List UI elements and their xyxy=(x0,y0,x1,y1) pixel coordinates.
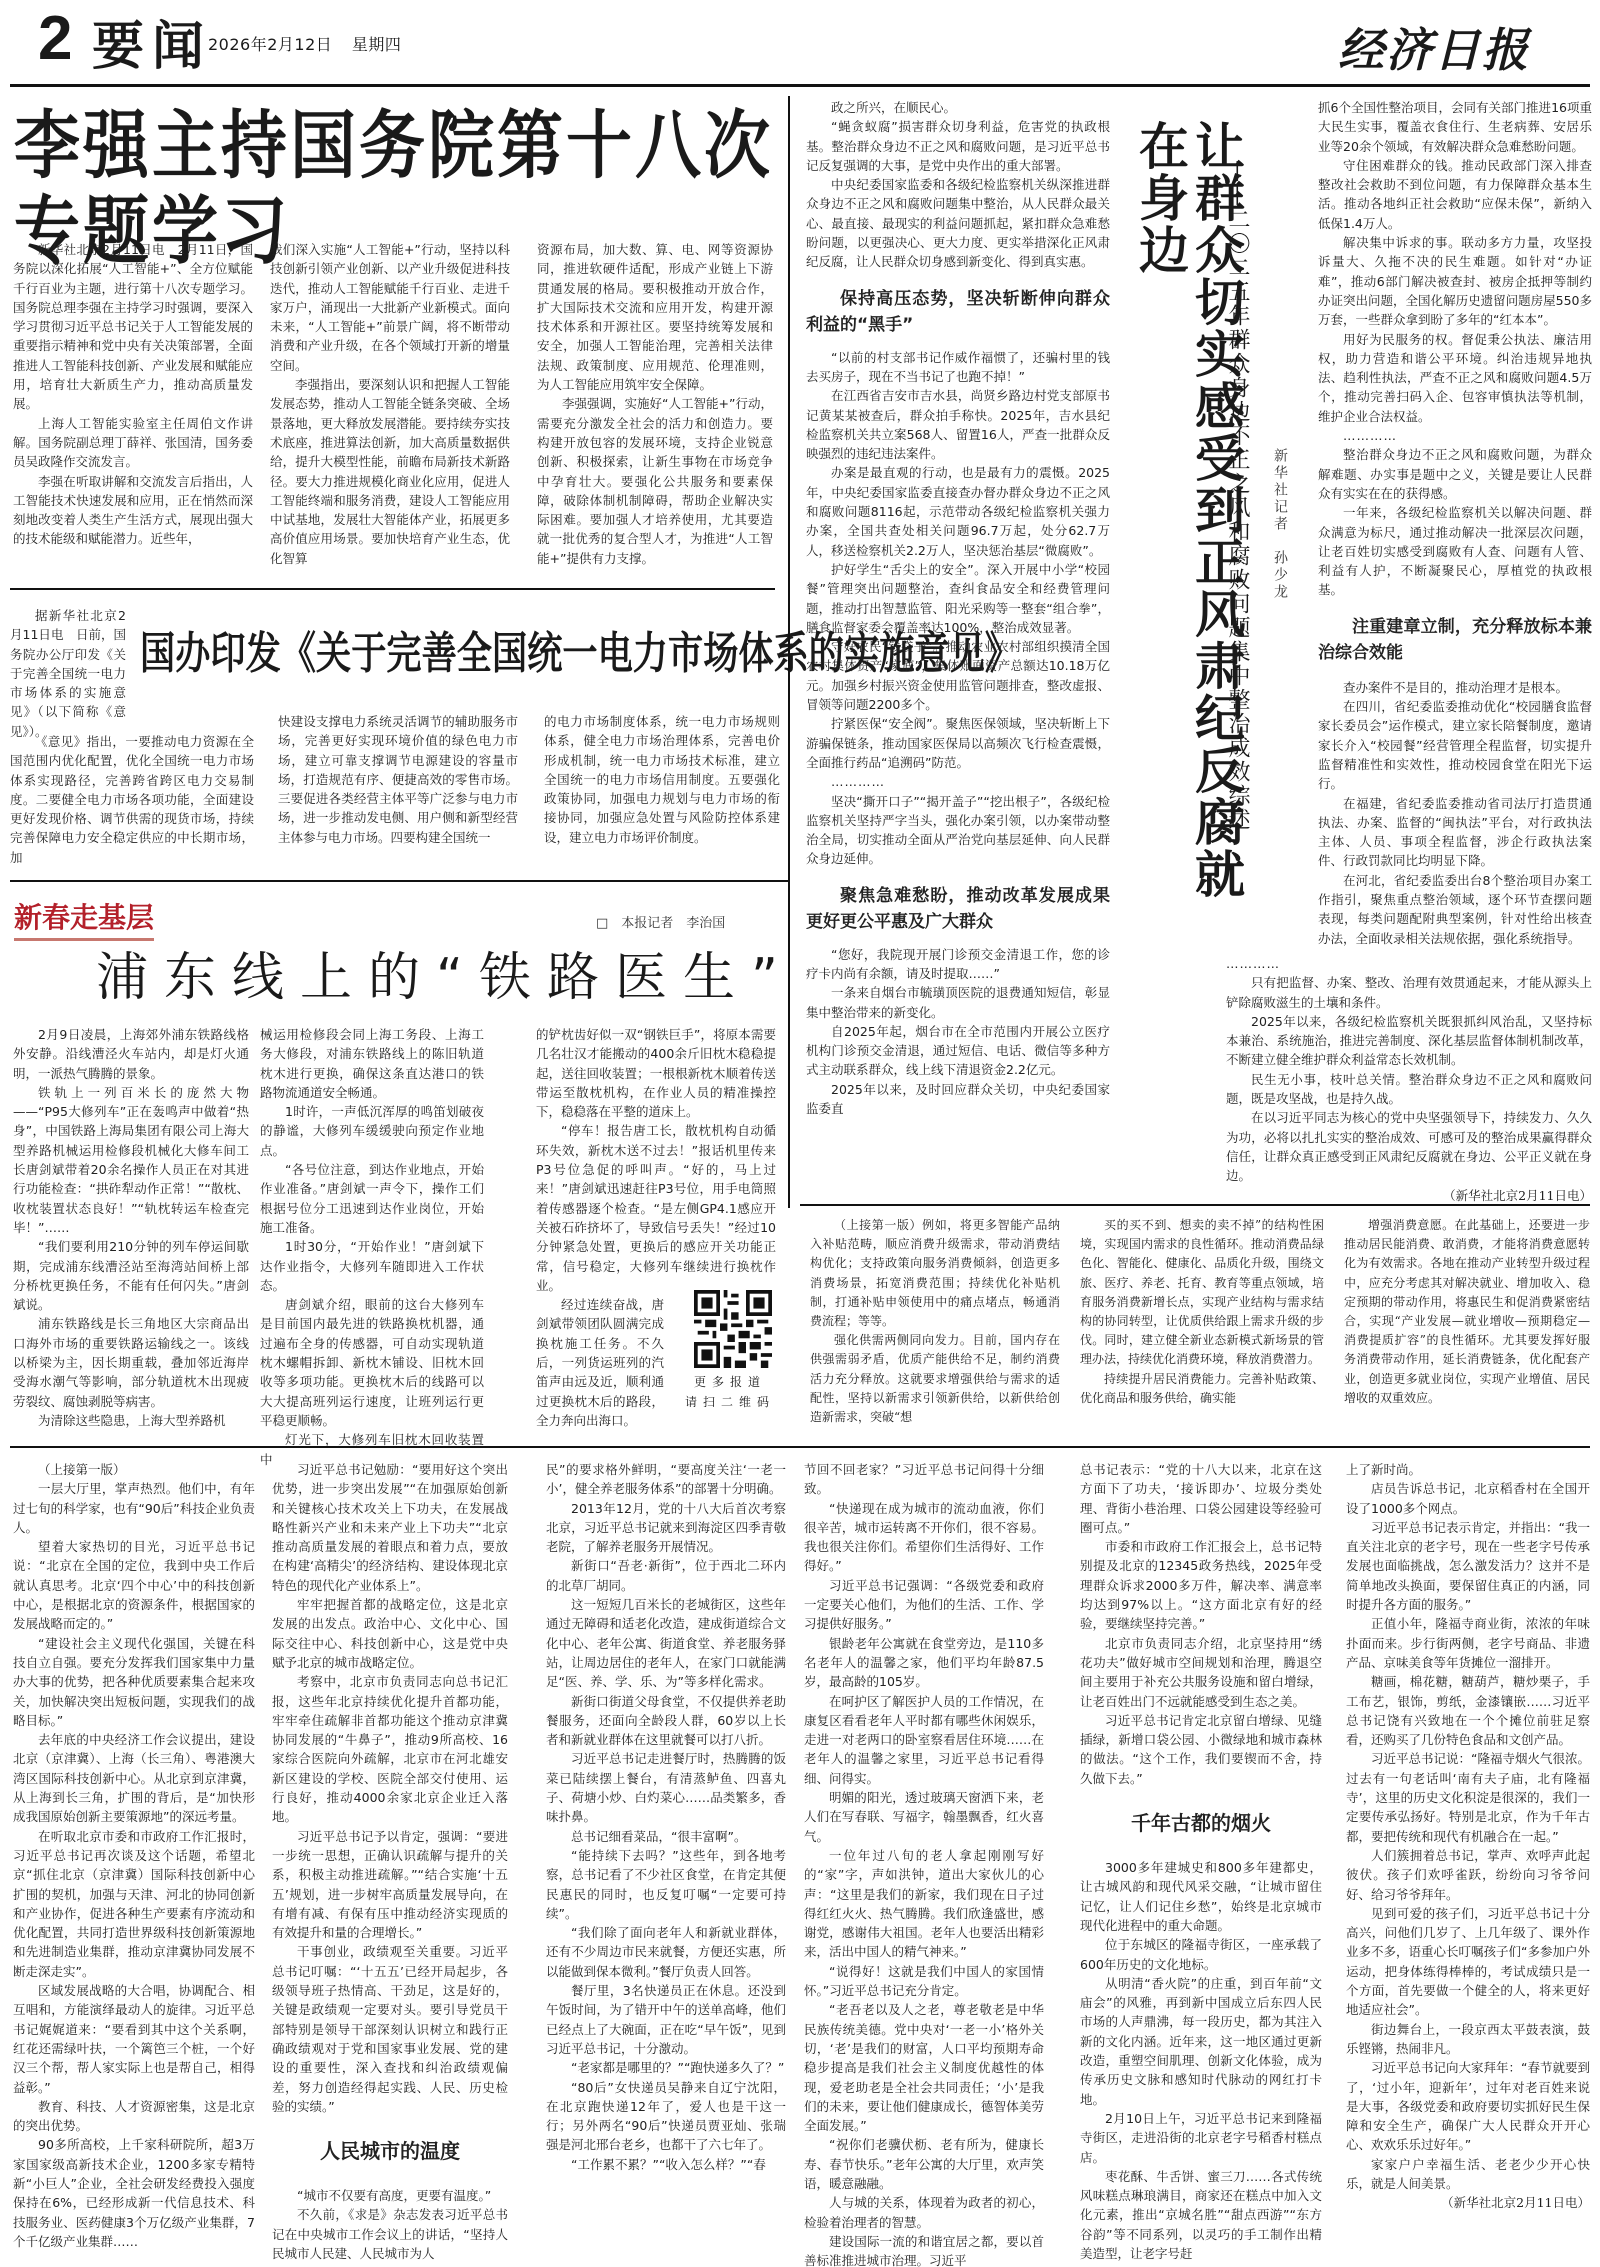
qr-caption-line: 更多报道 xyxy=(680,1372,780,1392)
paragraph: “祝你们老骥伏枥、老有所为，健康长寿、春节快乐。”老年公寓的大厅里，欢声笑语，暖… xyxy=(804,2135,1044,2193)
bj-col1: （上接第一版） 一层大厅里，掌声热烈。他们中，有年过七旬的科学家，也有“90后”… xyxy=(13,1460,255,2251)
divider xyxy=(10,588,775,590)
bj-credit: （新华社北京2月11日电） xyxy=(1346,2193,1590,2212)
paragraph: 上海人工智能实验室主任周伯文作讲解。国务院副总理丁薛祥、张国清，国务委员吴政隆作… xyxy=(13,414,253,472)
rail-col2: 械运用检修段会同上海工务段、上海工务大修段，对浦东铁路线上的陈旧轨道枕木进行更换… xyxy=(260,1025,484,1469)
paragraph: “蝇贪蚁腐”损害群众切身利益，危害党的执政根基。整治群众身边不正之风和腐败问题，… xyxy=(806,117,1110,175)
paragraph: 一位年过八旬的老人拿起刚刚写好的“家”字，声如洪钟，道出大家伙儿的心声：“这里是… xyxy=(804,1846,1044,1962)
paragraph: 自2025年起，烟台市在全市范围内开展公立医疗机构门诊预交金清退，通过短信、电话… xyxy=(806,1022,1110,1080)
consumption-col2: 买的买不到、想卖的卖不掉”的结构性困境，实现国内需求的良性循环。推动消费品绿色化… xyxy=(1080,1216,1324,1408)
paragraph: 增强消费意愿。在此基础上，还要进一步推动居民能消费、敢消费，才能将消费意愿转化为… xyxy=(1344,1216,1590,1408)
paragraph: 一条来自烟台市毓璜顶医院的退费通知短信，彰显集中整治带来的新变化。 xyxy=(806,983,1110,1022)
bj-col5: 总书记表示：“党的十八大以来，北京在这方面下了功夫，‘接诉即办’、垃圾分类处理、… xyxy=(1080,1460,1322,2263)
paragraph: “能持续下去吗？”这些年，到各地考察，总书记看了不少社区食堂，在肯定其便民惠民的… xyxy=(546,1846,786,1923)
headline-railway-doctor: 浦东线上的“铁路医生” xyxy=(96,948,794,1008)
paragraph: 去年底的中央经济工作会议提出，建设北京（京津冀）、上海（长三角）、粤港澳大湾区国… xyxy=(13,1730,255,1826)
paragraph: 教育、科技、人才资源密集，这是北京的突出优势。 xyxy=(13,2097,255,2136)
paragraph: 新华社北京2月11日电 2月11日，国务院以深化拓展“人工智能+”、全方位赋能千… xyxy=(13,240,253,414)
paragraph: 建设国际一流的和谐宜居之都，要以首善标准推进城市治理。习近平 xyxy=(804,2232,1044,2267)
ac-right-col: 抓6个全国性整治项目，会同有关部门推进16项重大民生实事，覆盖衣食住行、生老病葬… xyxy=(1318,98,1592,948)
paragraph: 守住困难群众的钱。推动民政部门深入排查整改社会救助不到位问题，有力保障群众基本生… xyxy=(1318,156,1592,233)
bj-col4: 节回不回老家？”习近平总书记问得十分细致。 “快递现在成为城市的流动血液，你们很… xyxy=(804,1460,1044,2267)
paragraph: 习近平总书记说：“隆福寺烟火气很浓。过去有一句老话叫‘南有夫子庙，北有隆福寺’，… xyxy=(1346,1749,1590,1845)
paragraph: 的铲枕齿好似一双“钢铁巨手”，将原本需要几名壮汉才能搬动的400余斤旧枕木稳稳提… xyxy=(536,1025,776,1121)
paragraph: 民生无小事，枝叶总关情。整治群众身边不正之风和腐败问题，既是攻坚战，也是持久战。 xyxy=(1226,1070,1592,1109)
paragraph: 买的买不到、想卖的卖不掉”的结构性困境，实现国内需求的良性循环。推动消费品绿色化… xyxy=(1080,1216,1324,1370)
paragraph: 从明清“香火院”的庄重，到百年前“文庙会”的风雅，再到新中国成立后东四人民市场的… xyxy=(1080,1974,1322,2109)
paragraph: 唐剑斌介绍，眼前的这台大修列车是目前国内最先进的铁路换枕机器，通过遍布全身的传感… xyxy=(260,1295,484,1430)
paragraph: “您好，我院现开展门诊预交金清退工作，您的诊疗卡内尚有余额，请及时提取……” xyxy=(806,945,1110,984)
paragraph: 为清除这些隐患，上海大型养路机 xyxy=(13,1411,249,1430)
bj-col2: 习近平总书记勉励：“要用好这个突出优势，进一步突出发展”“在加强原始创新和关键核… xyxy=(272,1460,508,2263)
paragraph: 办案是最直观的行动，也是最有力的震慑。2025年，中央纪委国家监委直接查办督办群… xyxy=(806,463,1110,559)
paragraph: “建设社会主义现代化强国，关键在科技自立自强。要充分发挥我们国家集中力量办大事的… xyxy=(13,1634,255,1730)
paragraph: 见到可爱的孩子们，习近平总书记十分高兴，问他们几岁了、上几年级了、课外作业多不多… xyxy=(1346,1904,1590,2020)
power-col2: 快建设支撑电力系统灵活调节的辅助服务市场，完善更好实现环境价值的绿色电力市场，建… xyxy=(278,712,518,847)
paragraph: 枣花酥、牛舌饼、蜜三刀……各式传统风味糕点琳琅满目，商家还在糕点中加入文化元素，… xyxy=(1080,2167,1322,2263)
paragraph: 上了新时尚。 xyxy=(1346,1460,1590,1479)
paragraph: 在江西省吉安市吉水县，尚贤乡路边村党支部原书记黄某某被查后，群众拍手称快。202… xyxy=(806,386,1110,463)
paragraph: 一层大厅里，掌声热烈。他们中，有年过七旬的科学家，也有“90后”科技企业负责人。 xyxy=(13,1479,255,1537)
paragraph: 护好学生“舌尖上的安全”。深入开展中小学“校园餐”管理突出问题整治，查纠食品安全… xyxy=(806,560,1110,637)
paragraph: 守好农民“钱袋子”。推动农业农村部组织摸清全国农村集体资产“家底”，集体账面资产… xyxy=(806,637,1110,714)
paragraph: “80后”女快递员吴静来自辽宁沈阳，在北京跑快递12年了，爱人也是干这一行；另外… xyxy=(546,2078,786,2155)
ac-bottom-right: ………… 只有把监督、办案、整改、治理有效贯通起来，才能从源头上铲除腐败滋生的土… xyxy=(1226,954,1592,1205)
qr-caption: 更多报道 请扫二维码 xyxy=(680,1372,780,1412)
paragraph: 2013年12月，党的十八大后首次考察北京，习近平总书记就来到海淀区四季青敬老院… xyxy=(546,1499,786,1557)
paragraph: 考察中，北京市负责同志向总书记汇报，这些年北京持续优化提升首都功能，牢牢牵住疏解… xyxy=(272,1672,508,1826)
paragraph: 习近平总书记予以肯定，强调：“要进一步统一思想，正确认识疏解与提升的关系，积极主… xyxy=(272,1827,508,1943)
page-number: 2 xyxy=(38,8,72,70)
paragraph: 《意见》指出，一要推动电力资源在全国范围内优化配置，优化全国统一电力市场体系实现… xyxy=(10,732,254,867)
paragraph: 街边舞台上，一段京西太平鼓表演，鼓乐铿锵，热闹非凡。 xyxy=(1346,2020,1590,2059)
paragraph: 新街口街道父母食堂，不仅提供养老助餐服务，还面向全龄段人群，60岁以上长者和新就… xyxy=(546,1692,786,1750)
divider xyxy=(10,1446,1590,1448)
paragraph: 家家户户幸福生活、老老少少开心快乐，就是人间美景。 xyxy=(1346,2155,1590,2194)
paragraph: 据新华社北京2月11日电 日前，国务院办公厅印发《关于完善全国统一电力市场体系的… xyxy=(10,606,126,741)
divider xyxy=(10,880,790,882)
paragraph: 中央纪委国家监委和各级纪检监察机关纵深推进群众身边不正之风和腐败问题集中整治，从… xyxy=(806,175,1110,271)
paragraph: “说得好！这就是我们中国人的家国情怀。”习近平总书记充分肯定。 xyxy=(804,1962,1044,2001)
paragraph: 总书记表示：“党的十八大以来，北京在这方面下了功夫，‘接诉即办’、垃圾分类处理、… xyxy=(1080,1460,1322,1537)
paragraph: 习近平总书记勉励：“要用好这个突出优势，进一步突出发展”“在加强原始创新和关键核… xyxy=(272,1460,508,1595)
bj-col3: 民”的要求格外鲜明，“要高度关注‘一老一小’，健全养老服务体系”的部署十分明确。… xyxy=(546,1460,786,2174)
paragraph: （上接第一版）例如，将更多智能产品纳入补贴范畴，顺应消费升级需求，带动消费结构优… xyxy=(810,1216,1060,1331)
paragraph: “老吾老以及人之老，尊老敬老是中华民族传统美德。党中央对‘一老一小’格外关切，‘… xyxy=(804,2000,1044,2135)
column-label-new-spring: 新春走基层 xyxy=(14,900,154,941)
paragraph: 资源布局，加大数、算、电、网等资源协同，推进软硬件适配，形成产业链上下游贯通发展… xyxy=(537,240,773,394)
issue-date: 2026年2月12日 星期四 xyxy=(208,32,401,55)
ellipsis-separator: ………… xyxy=(1226,954,1592,973)
paragraph: 这一短短几百米长的老城街区，这些年通过无障碍和适老化改造，建成街道综合文化中心、… xyxy=(546,1595,786,1691)
ac-subhead-1: 保持高压态势，坚决斩断伸向群众利益的“黑手” xyxy=(806,286,1110,338)
rail-byline: □ 本报记者 李治国 xyxy=(596,912,725,931)
bj-col6: 上了新时尚。 店员告诉总书记，北京稻香村在全国开设了1000多个网点。 习近平总… xyxy=(1346,1460,1590,2213)
power-col1: 《意见》指出，一要推动电力资源在全国范围内优化配置，优化全国统一电力市场体系实现… xyxy=(10,732,254,867)
ellipsis-separator: ………… xyxy=(806,772,1110,791)
paragraph: 习近平总书记走进餐厅时，热腾腾的饭菜已陆续摆上餐台，有清蒸鲈鱼、四喜丸子、荷塘小… xyxy=(546,1749,786,1826)
paragraph: 正值小年，隆福寺商业街，浓浓的年味扑面而来。步行街两侧，老字号商品、非遗产品、京… xyxy=(1346,1614,1590,1672)
paragraph: 2025年以来，各级纪检监察机关既狠抓纠风治乱，又坚持标本兼治、系统施治，推进完… xyxy=(1226,1012,1592,1070)
paragraph: 明媚的阳光，透过玻璃天窗洒下来，老人们在写春联、写福字，翰墨飘香，红火喜气。 xyxy=(804,1788,1044,1846)
paragraph: 解决集中诉求的事。联动多方力量，攻坚投诉量大、久拖不决的民生难题。如针对“办证难… xyxy=(1318,233,1592,329)
paragraph: 在四川，省纪委监委推动优化“校园膳食监督家长委员会”运作模式，建立家长陪餐制度，… xyxy=(1318,697,1592,793)
consumption-col3: 增强消费意愿。在此基础上，还要进一步推动居民能消费、敢消费，才能将消费意愿转化为… xyxy=(1344,1216,1590,1408)
qr-caption-line: 请扫二维码 xyxy=(680,1392,780,1412)
paragraph: 店员告诉总书记，北京稻香村在全国开设了1000多个网点。 xyxy=(1346,1479,1590,1518)
paragraph: 浦东铁路线是长三角地区大宗商品出口海外市场的重要铁路运输线之一。该线以桥梁为主，… xyxy=(13,1314,249,1410)
section-title: 要闻 xyxy=(92,4,212,79)
paragraph: 械运用检修段会同上海工务段、上海工务大修段，对浦东铁路线上的陈旧轨道枕木进行更换… xyxy=(260,1025,484,1102)
paragraph: 抓6个全国性整治项目，会同有关部门推进16项重大民生实事，覆盖衣食住行、生老病葬… xyxy=(1318,98,1592,156)
paragraph: 市委和市政府工作汇报会上，总书记特别提及北京的12345政务热线，2025年受理… xyxy=(1080,1537,1322,1633)
paragraph: 我们深入实施“人工智能+”行动，坚持以科技创新引领产业创新、以产业升级促进科技迭… xyxy=(270,240,510,375)
lq-col3: 资源布局，加大数、算、电、网等资源协同，推进软硬件适配，形成产业链上下游贯通发展… xyxy=(537,240,773,568)
weekday-text: 星期四 xyxy=(352,35,402,54)
paragraph: 整治群众身边不正之风和腐败问题，为群众解难题、办实事是题中之义，关键是要让人民群… xyxy=(1318,445,1592,503)
paragraph: “停车！报告唐工长，散枕机构自动循环失效，新枕木送不过去！”报话机里传来P3号位… xyxy=(536,1121,776,1295)
paragraph: 人与城的关系，体现着为政者的初心，检验着治理者的智慧。 xyxy=(804,2193,1044,2232)
consumption-col1: （上接第一版）例如，将更多智能产品纳入补贴范畴，顺应消费升级需求，带动消费结构优… xyxy=(810,1216,1060,1427)
paragraph: 人们簇拥着总书记，掌声、欢呼声此起彼伏。孩子们欢呼雀跃，纷纷向习爷爷问好、给习爷… xyxy=(1346,1846,1590,1904)
paragraph: 拧紧医保“安全阀”。聚焦医保领域，坚决斩断上下游骗保链条，推动国家医保局以高频次… xyxy=(806,714,1110,772)
paragraph: 2025年以来，及时回应群众关切，中央纪委国家监委直 xyxy=(806,1080,1110,1119)
power-col3: 的电力市场制度体系，统一电力市场规则体系，健全电力市场治理体系，完善电价形成机制… xyxy=(544,712,780,847)
bj-subhead-capital: 千年古都的烟火 xyxy=(1080,1810,1322,1836)
column-divider xyxy=(788,96,790,1208)
paragraph: 牢牢把握首都的战略定位，这是北京发展的出发点。政治中心、文化中心、国际交往中心、… xyxy=(272,1595,508,1672)
paragraph: 90多所高校，上千家科研院所，超3万家国家级高新技术企业，1200多家专精特新“… xyxy=(13,2135,255,2251)
paragraph: 新街口“吾老·新街”，位于西北二环内的北草厂胡同。 xyxy=(546,1556,786,1595)
paragraph: 查办案件不是目的，推动治理才是根本。 xyxy=(1318,678,1592,697)
date-text: 2026年2月12日 xyxy=(208,35,332,54)
paragraph: （上接第一版） xyxy=(13,1460,255,1479)
paragraph: “我们要利用210分钟的列车停运间歇期，完成浦东线漕泾站至海湾站间桥上部分桥枕更… xyxy=(13,1237,249,1314)
paragraph: 用好为民服务的权。督促秉公执法、廉洁用权，助力营造和谐公平环境。纠治违规异地执法… xyxy=(1318,330,1592,426)
paragraph: 强化供需两侧同向发力。目前，国内存在供强需弱矛盾，优质产能供给不足，制约消费活力… xyxy=(810,1331,1060,1427)
divider xyxy=(800,1204,1590,1206)
paragraph: 政之所兴，在顺民心。 xyxy=(806,98,1110,117)
paragraph: 不久前，《求是》杂志发表习近平总书记在中央城市工作会议上的讲话，“坚持人民城市人… xyxy=(272,2205,508,2263)
qr-code[interactable] xyxy=(694,1290,772,1368)
paragraph: 李强强调，实施好“人工智能+”行动，需要充分激发全社会的活力和创造力。要构建开放… xyxy=(537,394,773,568)
paragraph: 2月10日上午，习近平总书记来到隆福寺街区，走进沿街的北京老字号稻香村糕点店。 xyxy=(1080,2109,1322,2167)
paragraph: 干事创业，政绩观至关重要。习近平总书记叮嘱：“‘十五五’已经开局起步，各级领导班… xyxy=(272,1942,508,2116)
paragraph: 在呵护区了解医护人员的工作情况，在康复区看看老年人平时都有哪些休闲娱乐，走进一对… xyxy=(804,1692,1044,1788)
paragraph: 的电力市场制度体系，统一电力市场规则体系，健全电力市场治理体系，完善电价形成机制… xyxy=(544,712,780,847)
paragraph: 李强在听取讲解和交流发言后指出，人工智能技术快速发展和应用，正在悄然而深刻地改变… xyxy=(13,472,253,549)
paragraph: 习近平总书记强调：“各级党委和政府一定要关心他们，为他们的生活、工作、学习提供好… xyxy=(804,1576,1044,1634)
qr-code-icon xyxy=(694,1290,772,1368)
lq-col2: 我们深入实施“人工智能+”行动，坚持以科技创新引领产业创新、以产业升级促进科技迭… xyxy=(270,240,510,568)
masthead-rule xyxy=(10,84,1590,87)
paragraph: 民”的要求格外鲜明，“要高度关注‘一老一小’，健全养老服务体系”的部署十分明确。 xyxy=(546,1460,786,1499)
paragraph: 总书记细看菜品，“很丰富啊”。 xyxy=(546,1827,786,1846)
paragraph: 望着大家热切的目光，习近平总书记说：“北京在全国的定位，我到中央工作后就认真思考… xyxy=(13,1537,255,1633)
paragraph: 快建设支撑电力系统灵活调节的辅助服务市场，完善更好实现环境价值的绿色电力市场，建… xyxy=(278,712,518,847)
paragraph: “工作累不累？”“收入怎么样？”“春 xyxy=(546,2155,786,2174)
paragraph: 经过连续奋战，唐剑斌带领团队圆满完成换枕施工任务。不久后，一列货运班列的汽笛声由… xyxy=(536,1295,664,1430)
paragraph: 糖画，棉花糖，糖葫芦，糖炒栗子，手工布艺，银饰，剪纸，金漆镶嵌……习近平总书记饶… xyxy=(1346,1672,1590,1749)
paragraph: “以前的村支部书记作威作福惯了，还骗村里的钱去买房子，现在不当书记了也跑不掉！” xyxy=(806,348,1110,387)
paragraph: 节回不回老家？”习近平总书记问得十分细致。 xyxy=(804,1460,1044,1499)
paragraph: 1时许，一声低沉浑厚的鸣笛划破夜的静谧，大修列车缓缓驶向预定作业地点。 xyxy=(260,1102,484,1160)
ac-subhead-2: 聚焦急难愁盼，推动改革发展成果更好更公平惠及广大群众 xyxy=(806,883,1110,935)
paragraph: “各号位注意，到达作业地点，开始作业准备。”唐剑斌一声令下，操作工们根据号位分工… xyxy=(260,1160,484,1237)
paragraph: 在听取北京市委和市政府工作汇报时，习近平总书记再次谈及这个话题，希望北京“抓住北… xyxy=(13,1827,255,1981)
ac-credit: （新华社北京2月11日电） xyxy=(1226,1186,1592,1205)
paragraph: 1时30分，“开始作业！”唐剑斌下达作业指令，大修列车随即进入工作状态。 xyxy=(260,1237,484,1295)
ellipsis-separator: ………… xyxy=(1318,426,1592,445)
ac-subhead-3: 注重建章立制，充分释放标本兼治综合效能 xyxy=(1318,614,1592,666)
paragraph: 习近平总书记向大家拜年：“春节就要到了，‘过小年，迎新年’，过年对老百姓来说是大… xyxy=(1346,2058,1590,2154)
paragraph: 在河北，省纪委监委出台8个整治项目办案工作指引，聚焦重点整治领域，逐个环节查摆问… xyxy=(1318,871,1592,948)
newspaper-logo: 经济日报 xyxy=(1338,14,1530,80)
rail-col1: 2月9日凌晨，上海郊外浦东铁路线格外安静。沿线漕泾火车站内，却是灯火通明，一派热… xyxy=(13,1025,249,1430)
paragraph: “我们除了面向老年人和新就业群体，还有不少周边市民来就餐，方便还实惠，所以能做到… xyxy=(546,1923,786,1981)
paragraph: 在福建，省纪委监委推动省司法厅打造贯通执法、办案、监督的“闽执法”平台，对行政执… xyxy=(1318,794,1592,871)
paragraph: 习近平总书记表示肯定，并指出：“我一直关注北京的老字号，现在一些老字号传承发展也… xyxy=(1346,1518,1590,1614)
ac-byline: 新华社记者 孙少龙 xyxy=(1270,448,1290,601)
bj-subhead-city: 人民城市的温度 xyxy=(272,2138,508,2164)
paragraph: 持续提升居民消费能力。完善补贴政策、优化商品和服务供给，确实能 xyxy=(1080,1370,1324,1408)
paragraph: 银龄老年公寓就在食堂旁边，是110多名老年人的温馨之家，他们平均年龄87.5岁，… xyxy=(804,1634,1044,1692)
paragraph: 一年来，各级纪检监察机关以解决问题、群众满意为标尺，通过推动解决一批深层次问题，… xyxy=(1318,503,1592,599)
paragraph: “快递现在成为城市的流动血液，你们很辛苦，城市运转离不开你们，很不容易。我也很关… xyxy=(804,1499,1044,1576)
power-lead: 据新华社北京2月11日电 日前，国务院办公厅印发《关于完善全国统一电力市场体系的… xyxy=(10,606,126,741)
ac-left-col: 政之所兴，在顺民心。 “蝇贪蚁腐”损害群众切身利益，危害党的执政根基。整治群众身… xyxy=(806,98,1110,1118)
paragraph: 李强指出，要深刻认识和把握人工智能发展态势，推动人工智能全链条突破、全场景落地，… xyxy=(270,375,510,568)
paragraph: 只有把监督、办案、整改、治理有效贯通起来，才能从源头上铲除腐败滋生的土壤和条件。 xyxy=(1226,973,1592,1012)
lq-col1: 新华社北京2月11日电 2月11日，国务院以深化拓展“人工智能+”、全方位赋能千… xyxy=(13,240,253,549)
paragraph: 在以习近平同志为核心的党中央坚强领导下，持续发力、久久为功，必将以扎扎实实的整治… xyxy=(1226,1108,1592,1185)
paragraph: 2月9日凌晨，上海郊外浦东铁路线格外安静。沿线漕泾火车站内，却是灯火通明，一派热… xyxy=(13,1025,249,1083)
paragraph: “城市不仅要有高度，更要有温度。” xyxy=(272,2186,508,2205)
rail-col3: 的铲枕齿好似一双“钢铁巨手”，将原本需要几名壮汉才能搬动的400余斤旧枕木稳稳提… xyxy=(536,1025,776,1430)
paragraph: “老家都是哪里的？”“跑快递多久了？” xyxy=(546,2058,786,2077)
paragraph: 铁轨上一列百米长的庞然大物——“P95大修列车”正在轰鸣声中做着“热身”，中国铁… xyxy=(13,1083,249,1237)
paragraph: 3000多年建城史和800多年建都史，让古城风韵和现代风采交融，“让城市留住记忆… xyxy=(1080,1858,1322,1935)
paragraph: 区域发展战略的大合唱，协调配合、相互唱和，方能演绎最动人的旋律。习近平总书记娓娓… xyxy=(13,1981,255,2097)
paragraph: 餐厅里，3名快递员正在休息。还没到午饭时间，为了错开中午的送单高峰，他们已经点上… xyxy=(546,1981,786,2058)
paragraph: 习近平总书记肯定北京留白增绿、见缝插绿，新增口袋公园、小微绿地和城市森林的做法。… xyxy=(1080,1711,1322,1788)
paragraph: 位于东城区的隆福寺街区，一座承载了600年历史的文化地标。 xyxy=(1080,1935,1322,1974)
paragraph: 北京市负责同志介绍，北京坚持用“绣花功夫”做好城市空间规划和治理，腾退空间主要用… xyxy=(1080,1634,1322,1711)
paragraph: 坚决“撕开口子”“揭开盖子”“挖出根子”，各级纪检监察机关坚持严字当头，强化办案… xyxy=(806,792,1110,869)
ac-subtitle: ——二〇二五年群众身边不正之风和腐败问题集中整治成效综述 xyxy=(1222,160,1253,880)
